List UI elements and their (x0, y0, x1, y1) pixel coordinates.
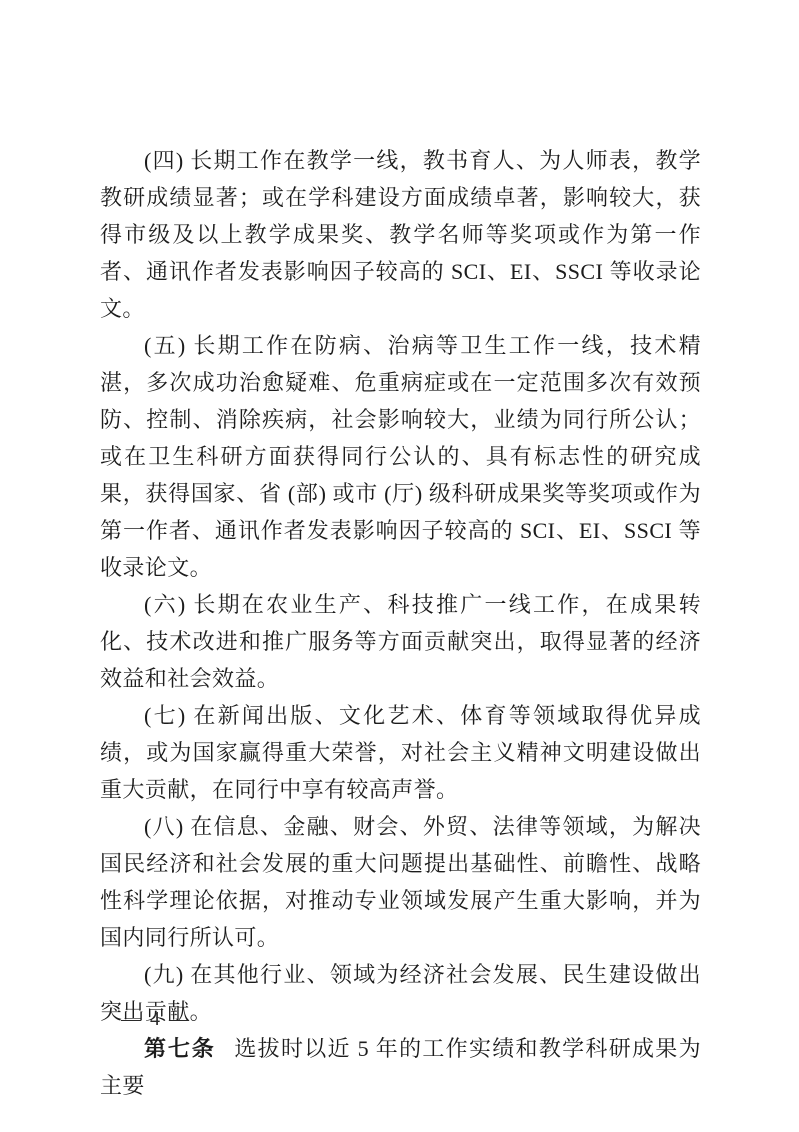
article-7-paragraph: 第七条选拔时以近 5 年的工作实绩和教学科研成果为主要 (100, 1030, 701, 1104)
clause-6-text: (六) 长期在农业生产、科技推广一线工作，在成果转化、技术改进和推广服务等方面贡… (100, 592, 701, 691)
clause-8-text: (八) 在信息、金融、财会、外贸、法律等领域，为解决国民经济和社会发展的重大问题… (100, 814, 701, 950)
clause-8-paragraph: (八) 在信息、金融、财会、外贸、法律等领域，为解决国民经济和社会发展的重大问题… (100, 808, 701, 956)
clause-4-paragraph: (四) 长期工作在教学一线，教书育人、为人师表，教学教研成绩显著；或在学科建设方… (100, 142, 701, 327)
article-7-label: 第七条 (144, 1036, 216, 1061)
clause-9-text: (九) 在其他行业、领域为经济社会发展、民生建设做出突出贡献。 (100, 962, 701, 1024)
clause-5-paragraph: (五) 长期工作在防病、治病等卫生工作一线，技术精湛，多次成功治愈疑难、危重病症… (100, 327, 701, 586)
clause-5-text: (五) 长期工作在防病、治病等卫生工作一线，技术精湛，多次成功治愈疑难、危重病症… (100, 333, 701, 580)
clause-7-paragraph: (七) 在新闻出版、文化艺术、体育等领域取得优异成绩，或为国家赢得重大荣誉，对社… (100, 697, 701, 808)
clause-6-paragraph: (六) 长期在农业生产、科技推广一线工作，在成果转化、技术改进和推广服务等方面贡… (100, 586, 701, 697)
page-number: — 4 — (121, 1005, 189, 1033)
document-body: (四) 长期工作在教学一线，教书育人、为人师表，教学教研成绩显著；或在学科建设方… (100, 142, 701, 1104)
clause-7-text: (七) 在新闻出版、文化艺术、体育等领域取得优异成绩，或为国家赢得重大荣誉，对社… (100, 703, 701, 802)
clause-4-text: (四) 长期工作在教学一线，教书育人、为人师表，教学教研成绩显著；或在学科建设方… (100, 148, 701, 321)
document-page: (四) 长期工作在教学一线，教书育人、为人师表，教学教研成绩显著；或在学科建设方… (0, 0, 799, 1132)
clause-9-paragraph: (九) 在其他行业、领域为经济社会发展、民生建设做出突出贡献。 (100, 956, 701, 1030)
